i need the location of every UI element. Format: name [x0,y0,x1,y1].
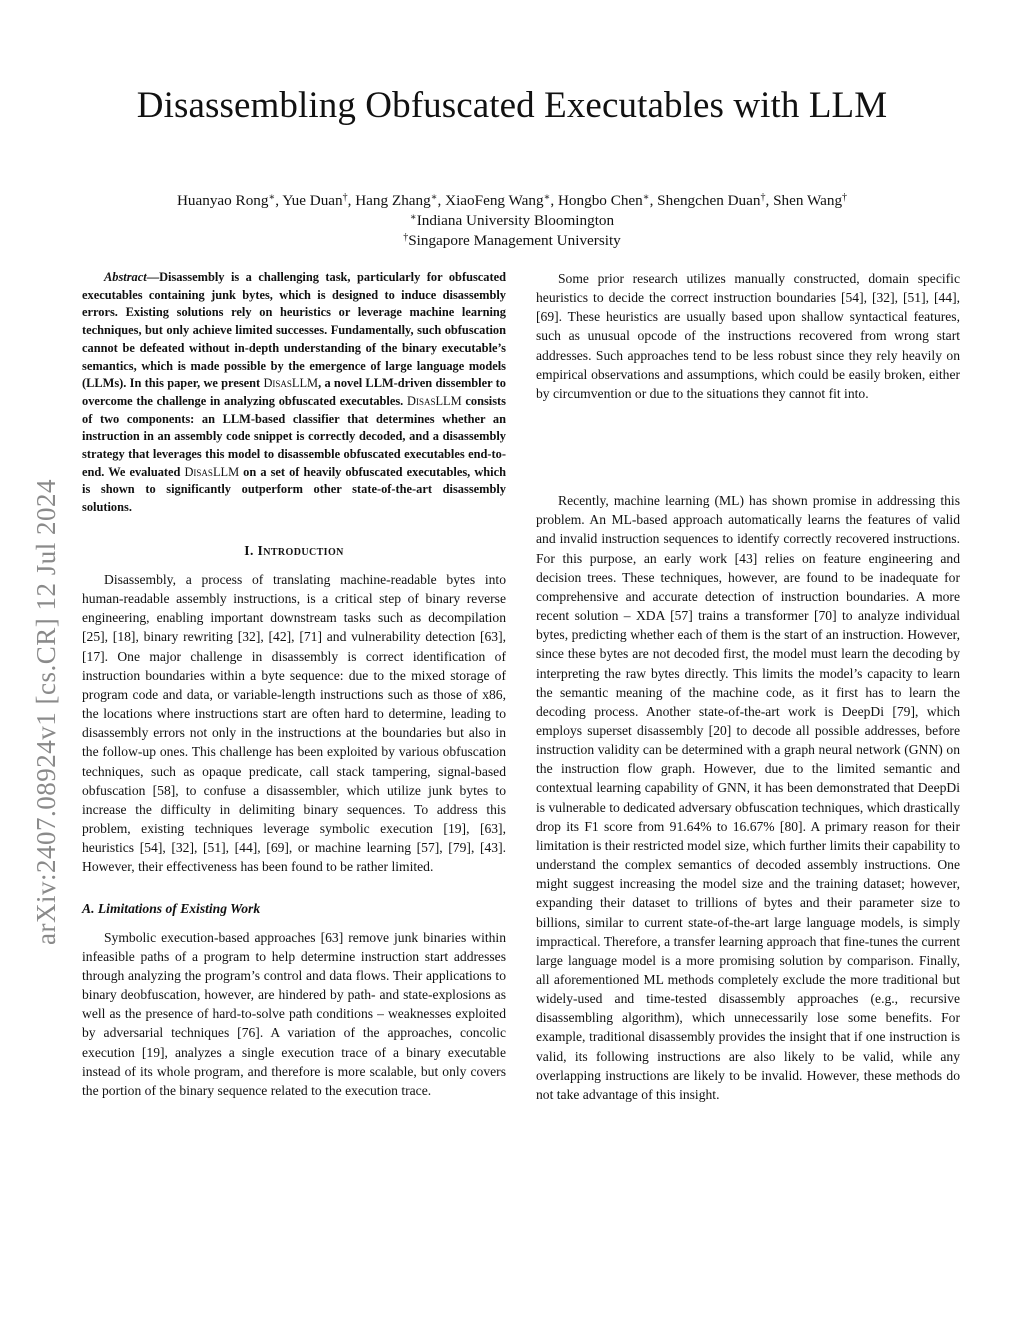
column-gap [536,403,960,491]
subsection-heading-limitations: A. Limitations of Existing Work [82,899,506,918]
author: Hang Zhang∗ [355,192,437,209]
affiliation: †Singapore Management University [0,231,1024,251]
author-list: Huanyao Rong∗, Yue Duan†, Hang Zhang∗, X… [0,191,1024,211]
abstract: Abstract—Disassembly is a challenging ta… [82,269,506,517]
left-column: Abstract—Disassembly is a challenging ta… [82,269,506,1100]
arxiv-identifier: arXiv:2407.08924v1 [cs.CR] 12 Jul 2024 [26,355,66,945]
right-column: Some prior research utilizes manually co… [536,269,960,1104]
paragraph: Disassembly, a process of translating ma… [82,570,506,877]
paper-title: Disassembling Obfuscated Executables wit… [0,84,1024,128]
author: Huanyao Rong∗ [177,192,275,209]
system-name: DisasLLM [407,394,462,408]
paragraph: Recently, machine learning (ML) has show… [536,491,960,1104]
author: Shengchen Duan† [657,192,765,209]
affiliation: ∗Indiana University Bloomington [0,211,1024,231]
author: Yue Duan† [282,192,347,209]
paragraph: Symbolic execution-based approaches [63]… [82,928,506,1100]
paragraph: Some prior research utilizes manually co… [536,269,960,403]
author: Shen Wang† [773,192,847,209]
system-name: DisasLLM [184,465,239,479]
author: XiaoFeng Wang∗ [445,192,550,209]
author-block: Huanyao Rong∗, Yue Duan†, Hang Zhang∗, X… [0,191,1024,251]
system-name: DisasLLM [263,376,318,390]
author: Hongbo Chen∗ [558,192,650,209]
section-heading-introduction: I. Introduction [82,541,506,560]
